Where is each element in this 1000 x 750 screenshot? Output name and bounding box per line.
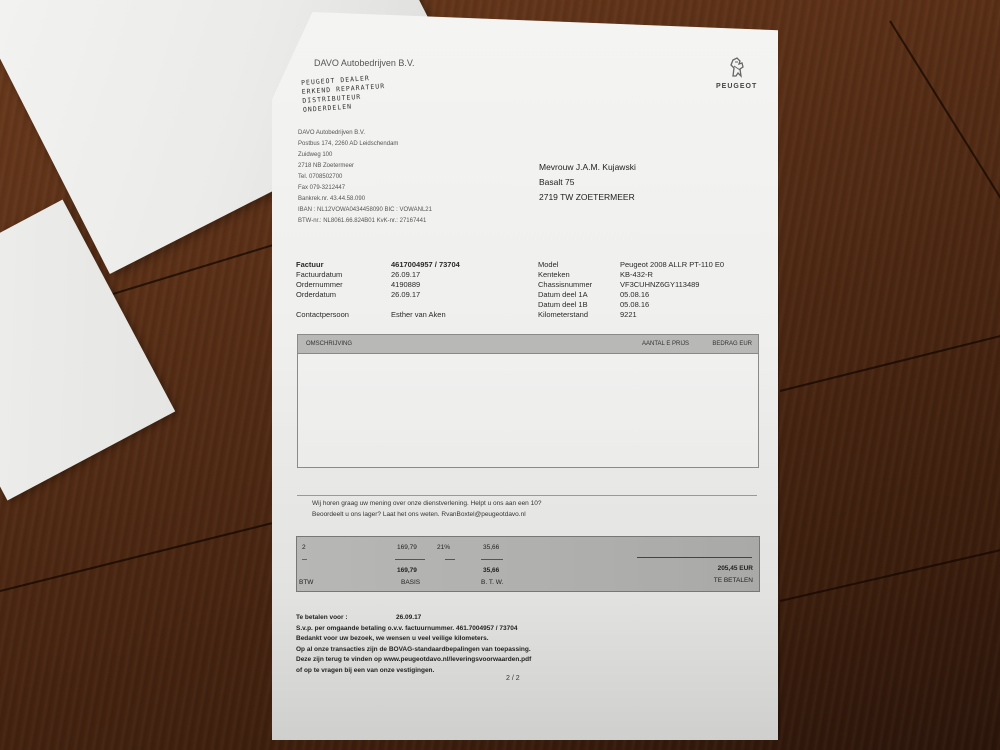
totals-box: 2 169,79 21% 35,66 169,79 35,66 205,45 E… <box>296 536 760 592</box>
floor-seam <box>780 548 1000 602</box>
floor-seam <box>0 522 272 592</box>
items-table: OMSCHRIJVING AANTAL E PRIJS BEDRAG EUR <box>297 334 759 468</box>
header-qty-price: AANTAL E PRIJS <box>642 341 689 347</box>
vat-basis: 169,79 <box>397 544 417 551</box>
header-amount: BEDRAG EUR <box>712 341 752 347</box>
vehicle-row-date-1a: Datum deel 1A05.08.16 <box>538 290 724 300</box>
meta-row-order-number: Ordernummer4190889 <box>296 280 460 290</box>
meta-row-invoice: Factuur4617004957 / 73704 <box>296 260 460 270</box>
vat-rate: 21% <box>437 544 450 551</box>
vehicle-row-date-1b: Datum deel 1B05.08.16 <box>538 300 724 310</box>
feedback-text: Wij horen graag uw mening over onze dien… <box>312 498 541 520</box>
invoice-document: DAVO Autobedrijven B.V. PEUGEOT DEALER E… <box>272 12 778 740</box>
divider <box>297 495 757 496</box>
vehicle-row-model: ModelPeugeot 2008 ALLR PT-110 E0 <box>538 260 724 270</box>
peugeot-logo: PEUGEOT <box>716 56 757 90</box>
meta-row-invoice-date: Factuurdatum26.09.17 <box>296 270 460 280</box>
grand-total: 205,45 EUR <box>718 565 753 572</box>
peugeot-lion-icon <box>726 56 748 78</box>
vehicle-row-chassis: ChassisnummerVF3CUHNZ6GY113489 <box>538 280 724 290</box>
vat-code: 2 <box>302 544 306 551</box>
items-table-header: OMSCHRIJVING AANTAL E PRIJS BEDRAG EUR <box>298 335 758 354</box>
meta-row-contact: ContactpersoonEsther van Aken <box>296 310 460 320</box>
floor-seam <box>889 20 1000 275</box>
dealer-roles: PEUGEOT DEALER ERKEND REPARATEUR DISTRIB… <box>301 73 387 115</box>
meta-row-order-date: Orderdatum26.09.17 <box>296 290 460 300</box>
dealer-address: DAVO Autobedrijven B.V. Postbus 174, 226… <box>298 128 432 227</box>
vehicle-info: ModelPeugeot 2008 ALLR PT-110 E0 Kenteke… <box>538 260 724 320</box>
basis-total: 169,79 <box>397 567 417 574</box>
grand-total-label: TE BETALEN <box>714 577 753 584</box>
due-label: Te betalen voor : <box>296 613 396 624</box>
vat-short-label: B. T. W. <box>481 579 503 586</box>
recipient-address: Mevrouw J.A.M. Kujawski Basalt 75 2719 T… <box>539 160 636 205</box>
page-number: 2 / 2 <box>506 675 520 682</box>
btw-label: BTW <box>299 579 313 586</box>
invoice-meta: Factuur4617004957 / 73704 Factuurdatum26… <box>296 260 460 320</box>
due-date: 26.09.17 <box>396 614 421 621</box>
vehicle-row-mileage: Kilometerstand9221 <box>538 310 724 320</box>
basis-label: BASIS <box>401 579 420 586</box>
vat-total: 35,66 <box>483 567 499 574</box>
header-description: OMSCHRIJVING <box>306 341 352 347</box>
dealer-name: DAVO Autobedrijven B.V. <box>314 58 415 68</box>
vehicle-row-plate: KentekenKB-432-R <box>538 270 724 280</box>
payment-footer: Te betalen voor :26.09.17 S.v.p. per omg… <box>296 613 531 676</box>
vat-amount: 35,66 <box>483 544 499 551</box>
brand-name: PEUGEOT <box>716 83 757 90</box>
floor-seam <box>780 334 1000 392</box>
